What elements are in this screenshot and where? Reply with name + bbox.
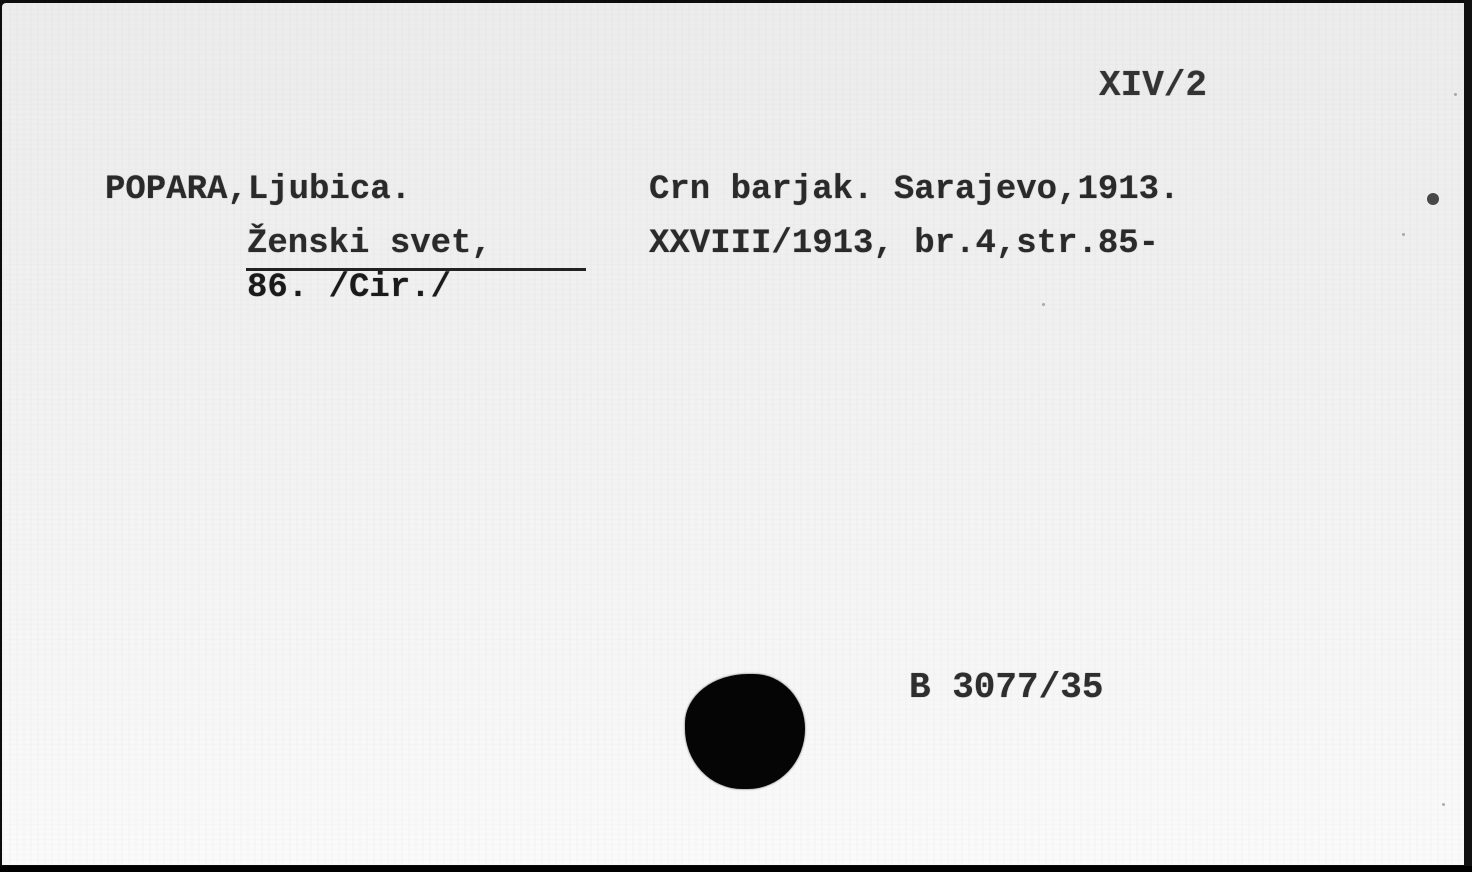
entry-line-2: Ženski svet,XXVIII/1913, br.4,str.85-	[105, 225, 1159, 263]
ink-speck	[1442, 803, 1445, 806]
scan-border-bottom	[0, 866, 1472, 872]
journal-title: Ženski svet,	[247, 225, 649, 263]
ink-speck	[1402, 233, 1405, 236]
ink-speck	[1454, 93, 1457, 96]
call-number: B 3077/35	[909, 667, 1103, 708]
work-title: Crn barjak. Sarajevo,1913.	[649, 171, 1180, 209]
catalog-card: XIV/2 POPARA,Ljubica.Crn barjak. Sarajev…	[2, 3, 1464, 865]
author-name: POPARA,Ljubica.	[105, 171, 649, 209]
ink-speck	[1427, 193, 1439, 205]
volume-issue: XXVIII/1913, br.4,str.85-	[649, 225, 1159, 263]
scan-border-right	[1464, 0, 1472, 872]
shelfmark: XIV/2	[1099, 65, 1207, 106]
entry-line-3: 86. /Cir./	[105, 269, 451, 307]
script-note: /Cir./	[329, 269, 451, 307]
punch-hole-icon	[685, 674, 805, 789]
ink-speck	[1042, 303, 1045, 306]
entry-line-1: POPARA,Ljubica.Crn barjak. Sarajevo,1913…	[105, 171, 1180, 209]
pages-end: 86.	[247, 269, 308, 307]
